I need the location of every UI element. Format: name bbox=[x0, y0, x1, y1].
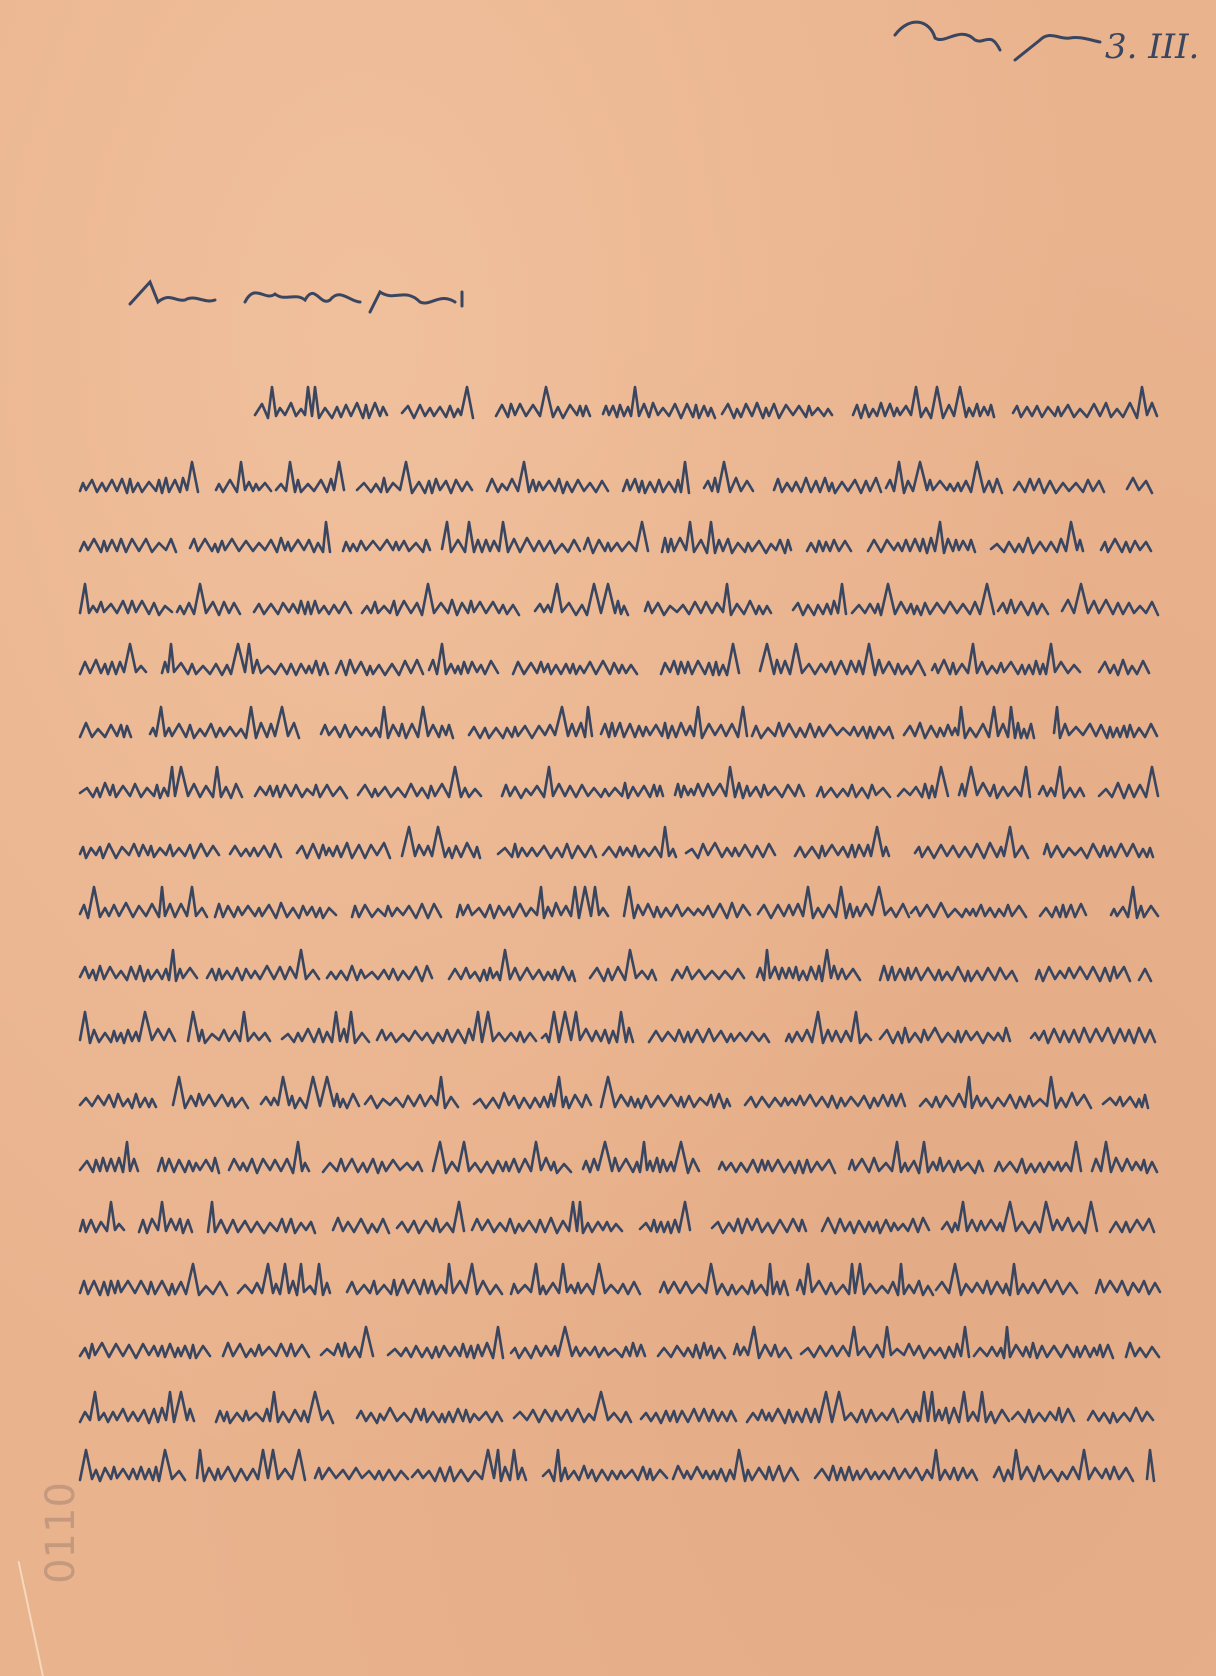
handwritten-line: gelten als selbst nicht für möglich. Die… bbox=[0, 1140, 1216, 1180]
pencil-annotation: 0110 bbox=[38, 1482, 84, 1584]
svg-text:3. III. 31.: 3. III. 31. bbox=[1105, 27, 1210, 67]
handwritten-line: gemacht. Wenn ich Donnerstag die 8 Tage … bbox=[0, 1200, 1216, 1240]
handwritten-line: menge u. feierliche Gespräche ich mir ga… bbox=[0, 885, 1216, 925]
handwritten-line: mich ich 60 h. bei der Gelegenheit solle… bbox=[0, 1448, 1216, 1488]
handwritten-line: ich ab morgens sehr warm erfahren. Der Z… bbox=[0, 582, 1216, 622]
salutation: Meine liebe Kollegin! bbox=[0, 272, 1216, 312]
handwritten-line: nur viel Herzen gesehen mit Figuren u. s… bbox=[0, 948, 1216, 988]
handwritten-line: Nachdem Sie nun sich an diesem heiligen … bbox=[0, 385, 1216, 425]
handwritten-line: noch mal Geld geben, wenn die Kirchen we… bbox=[0, 1390, 1216, 1430]
handwritten-line: Leute so wie aber und der Gaben zu Ende.… bbox=[0, 1010, 1216, 1050]
handwritten-line: nach Graz gefahren. Es war ziemlich kalt… bbox=[0, 520, 1216, 560]
handwritten-line: und da habe ich dann Vor- u. Nachmittag … bbox=[0, 765, 1216, 805]
handwritten-line: Eisenbahn gut besetzt. Ich bin dann glei… bbox=[0, 642, 1216, 682]
handwritten-line: ganzen Tagen wäre nicht leicht fallen. G… bbox=[0, 1325, 1216, 1365]
handwritten-line: Lehrer u. des Pfarrers alle sich besonne… bbox=[0, 1075, 1216, 1115]
handwritten-line: mich selbst ist nun wieder, Kaum nur zum… bbox=[0, 1262, 1216, 1302]
place-date: Graz, den 3. III. 31. 3. III. 31. bbox=[890, 10, 1210, 70]
handwritten-line: eilt, habe mich in den Frack geworfen u.… bbox=[0, 705, 1216, 745]
handwritten-line: hab bei ihr also am Montag früh um 5h au… bbox=[0, 460, 1216, 500]
handwritten-line: ein ungemein recht langweilig, eine groß… bbox=[0, 825, 1216, 865]
